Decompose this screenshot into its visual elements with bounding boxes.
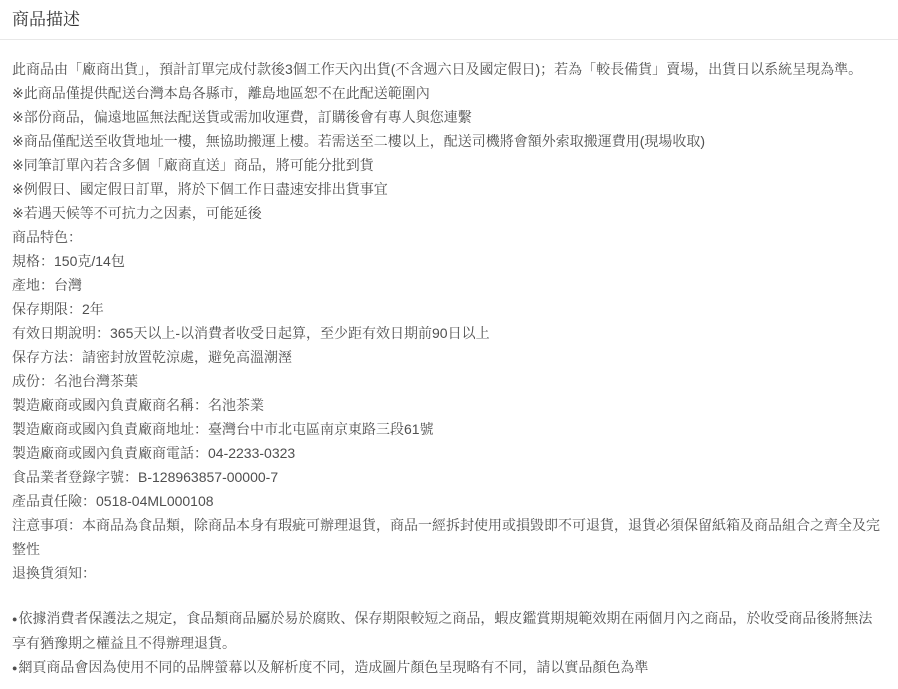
description-line: 製造廠商或國內負責廠商名稱：名池茶業 [12, 393, 886, 417]
description-line: 產地：台灣 [12, 273, 886, 297]
panel-header: 商品描述 [0, 0, 898, 40]
description-lines: 此商品由「廠商出貨」，預計訂單完成付款後3個工作天內出貨(不含週六日及國定假日)… [12, 57, 886, 585]
description-line: ※若遇天候等不可抗力之因素，可能延後 [12, 201, 886, 225]
description-line: 產品責任險：0518-04ML000108 [12, 489, 886, 513]
description-line: 保存期限：2年 [12, 297, 886, 321]
notice-item: ●依據消費者保護法之規定，食品類商品屬於易於腐敗、保存期限較短之商品，蝦皮鑑賞期… [12, 606, 886, 655]
description-line: 製造廠商或國內負責廠商地址：臺灣台中市北屯區南京東路三段61號 [12, 417, 886, 441]
description-line: ※例假日、國定假日訂單，將於下個工作日盡速安排出貨事宜 [12, 177, 886, 201]
description-line: 商品特色： [12, 225, 886, 249]
description-line: 注意事項：本商品為食品類，除商品本身有瑕疵可辦理退貨，商品一經拆封使用或損毀即不… [12, 513, 886, 561]
description-line: 食品業者登錄字號：B-128963857-00000-7 [12, 465, 886, 489]
notice-item: ●網頁商品會因為使用不同的品牌螢幕以及解析度不同，造成圖片顏色呈現略有不同，請以… [12, 655, 886, 680]
notice-text: 依據消費者保護法之規定，食品類商品屬於易於腐敗、保存期限較短之商品，蝦皮鑑賞期規… [12, 610, 872, 651]
page-title: 商品描述 [12, 10, 886, 30]
notice-list: ●依據消費者保護法之規定，食品類商品屬於易於腐敗、保存期限較短之商品，蝦皮鑑賞期… [12, 606, 886, 680]
product-description-panel: 商品描述 此商品由「廠商出貨」，預計訂單完成付款後3個工作天內出貨(不含週六日及… [0, 0, 898, 689]
description-line: 製造廠商或國內負責廠商電話：04-2233-0323 [12, 441, 886, 465]
description-line: 成份：名池台灣茶葉 [12, 369, 886, 393]
notice-text: 網頁商品會因為使用不同的品牌螢幕以及解析度不同，造成圖片顏色呈現略有不同，請以實… [18, 659, 648, 675]
description-line: ※此商品僅提供配送台灣本島各縣市，離島地區恕不在此配送範圍內 [12, 81, 886, 105]
description-line: 規格：150克/14包 [12, 249, 886, 273]
bullet-icon: ● [12, 656, 17, 680]
description-line: ※同筆訂單內若含多個「廠商直送」商品，將可能分批到貨 [12, 153, 886, 177]
description-line: 此商品由「廠商出貨」，預計訂單完成付款後3個工作天內出貨(不含週六日及國定假日)… [12, 57, 886, 81]
bullet-icon: ● [12, 607, 17, 631]
description-line: ※部份商品，偏遠地區無法配送貨或需加收運費，訂購後會有專人與您連繫 [12, 105, 886, 129]
description-line: ※商品僅配送至收貨地址一樓，無協助搬運上樓。若需送至二樓以上，配送司機將會額外索… [12, 129, 886, 153]
description-content: 此商品由「廠商出貨」，預計訂單完成付款後3個工作天內出貨(不含週六日及國定假日)… [0, 40, 898, 680]
description-line: 保存方法：請密封放置乾涼處，避免高溫潮溼 [12, 345, 886, 369]
description-line: 退換貨須知： [12, 561, 886, 585]
description-line: 有效日期說明：365天以上-以消費者收受日起算，至少距有效日期前90日以上 [12, 321, 886, 345]
